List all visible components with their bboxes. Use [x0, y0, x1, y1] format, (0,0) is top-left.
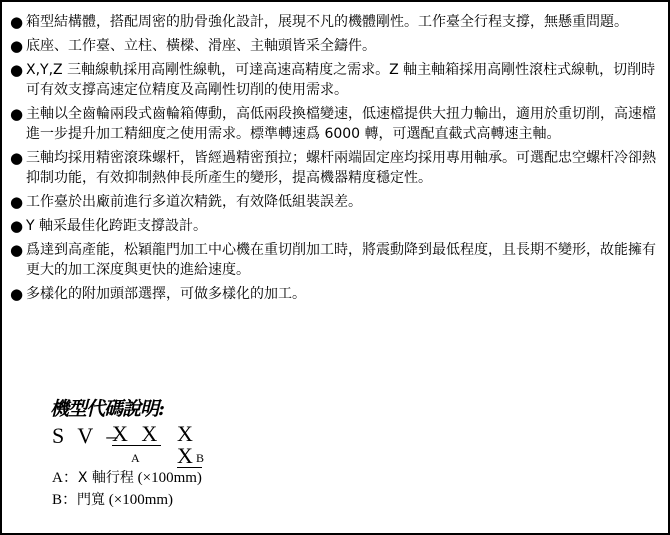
feature-text: 爲達到高產能，松穎龍門加工中心機在重切削加工時，將震動降到最低程度，且長期不變形… — [26, 242, 656, 278]
bullet-icon: ● — [10, 14, 23, 30]
bullet-icon: ● — [10, 218, 23, 234]
bullet-icon: ● — [10, 194, 23, 210]
feature-item: ● 多樣化的附加頭部選擇，可做多樣化的加工。 — [10, 284, 662, 304]
bullet-icon: ● — [10, 62, 23, 78]
definition-unit: (×100mm) — [105, 492, 173, 508]
feature-text: Y 軸采最佳化跨距支撐設計。 — [26, 218, 207, 234]
feature-item: ● 底座、工作臺、立柱、橫樑、滑座、主軸頭皆采全鑄件。 — [10, 36, 662, 56]
bullet-icon: ● — [10, 286, 23, 302]
feature-text: 多樣化的附加頭部選擇，可做多樣化的加工。 — [26, 286, 306, 302]
feature-text: 底座、工作臺、立柱、橫樑、滑座、主軸頭皆采全鑄件。 — [26, 38, 376, 54]
segment-label-b: B — [196, 451, 204, 466]
bullet-icon: ● — [10, 150, 23, 166]
code-segment-a: X X — [112, 423, 161, 446]
code-prefix: S V – — [52, 423, 121, 449]
bullet-icon: ● — [10, 38, 23, 54]
feature-text: X,Y,Z 三軸線軌採用高剛性線軌，可達高速高精度之需求。Z 軸主軸箱採用高剛性… — [26, 62, 655, 98]
segment-labels: A B — [50, 451, 202, 467]
definition-desc: X 軸行程 — [78, 470, 134, 486]
definition-key: A： — [52, 470, 78, 486]
feature-text: 主軸以全齒輪兩段式齒輪箱傳動，高低兩段換檔變速，低速檔提供大扭力輸出，適用於重切… — [26, 106, 656, 142]
definition-desc: 門寬 — [77, 492, 105, 508]
bullet-icon: ● — [10, 242, 23, 258]
segment-label-a: A — [131, 451, 140, 466]
feature-item: ● Y 軸采最佳化跨距支撐設計。 — [10, 216, 662, 236]
feature-item: ● 工作臺於出廠前進行多道次精銑，有效降低組裝誤差。 — [10, 192, 662, 212]
feature-text: 工作臺於出廠前進行多道次精銑，有效降低組裝誤差。 — [26, 194, 362, 210]
feature-list: ● 箱型結構體，搭配周密的肋骨強化設計，展現不凡的機體剛性。工作臺全行程支撐，無… — [10, 12, 662, 308]
definition-key: B： — [52, 492, 77, 508]
definition-a: A：X 軸行程 (×100mm) — [52, 467, 202, 489]
feature-item: ● X,Y,Z 三軸線軌採用高剛性線軌，可達高速高精度之需求。Z 軸主軸箱採用高… — [10, 60, 662, 100]
feature-item: ● 爲達到高產能，松穎龍門加工中心機在重切削加工時，將震動降到最低程度，且長期不… — [10, 240, 662, 280]
feature-text: 箱型結構體，搭配周密的肋骨強化設計，展現不凡的機體剛性。工作臺全行程支撐，無懸重… — [26, 14, 628, 30]
feature-text: 三軸均採用精密滾珠螺杆，皆經過精密預拉；螺杆兩端固定座均採用專用軸承。可選配忠空… — [26, 150, 656, 186]
legend-title: 機型代碼說明: — [50, 394, 202, 421]
definition-unit: (×100mm) — [134, 470, 202, 486]
feature-item: ● 三軸均採用精密滾珠螺杆，皆經過精密預拉；螺杆兩端固定座均採用專用軸承。可選配… — [10, 148, 662, 188]
definition-b: B：門寬 (×100mm) — [52, 489, 202, 511]
feature-item: ● 主軸以全齒輪兩段式齒輪箱傳動，高低兩段換檔變速，低速檔提供大扭力輸出，適用於… — [10, 104, 662, 144]
model-code-pattern: S V – X X X X — [50, 423, 202, 451]
feature-item: ● 箱型結構體，搭配周密的肋骨強化設計，展現不凡的機體剛性。工作臺全行程支撐，無… — [10, 12, 662, 32]
model-code-legend: 機型代碼說明: S V – X X X X A B A：X 軸行程 (×100m… — [50, 394, 202, 511]
bullet-icon: ● — [10, 106, 23, 122]
spec-frame: ● 箱型結構體，搭配周密的肋骨強化設計，展現不凡的機體剛性。工作臺全行程支撐，無… — [0, 0, 670, 535]
